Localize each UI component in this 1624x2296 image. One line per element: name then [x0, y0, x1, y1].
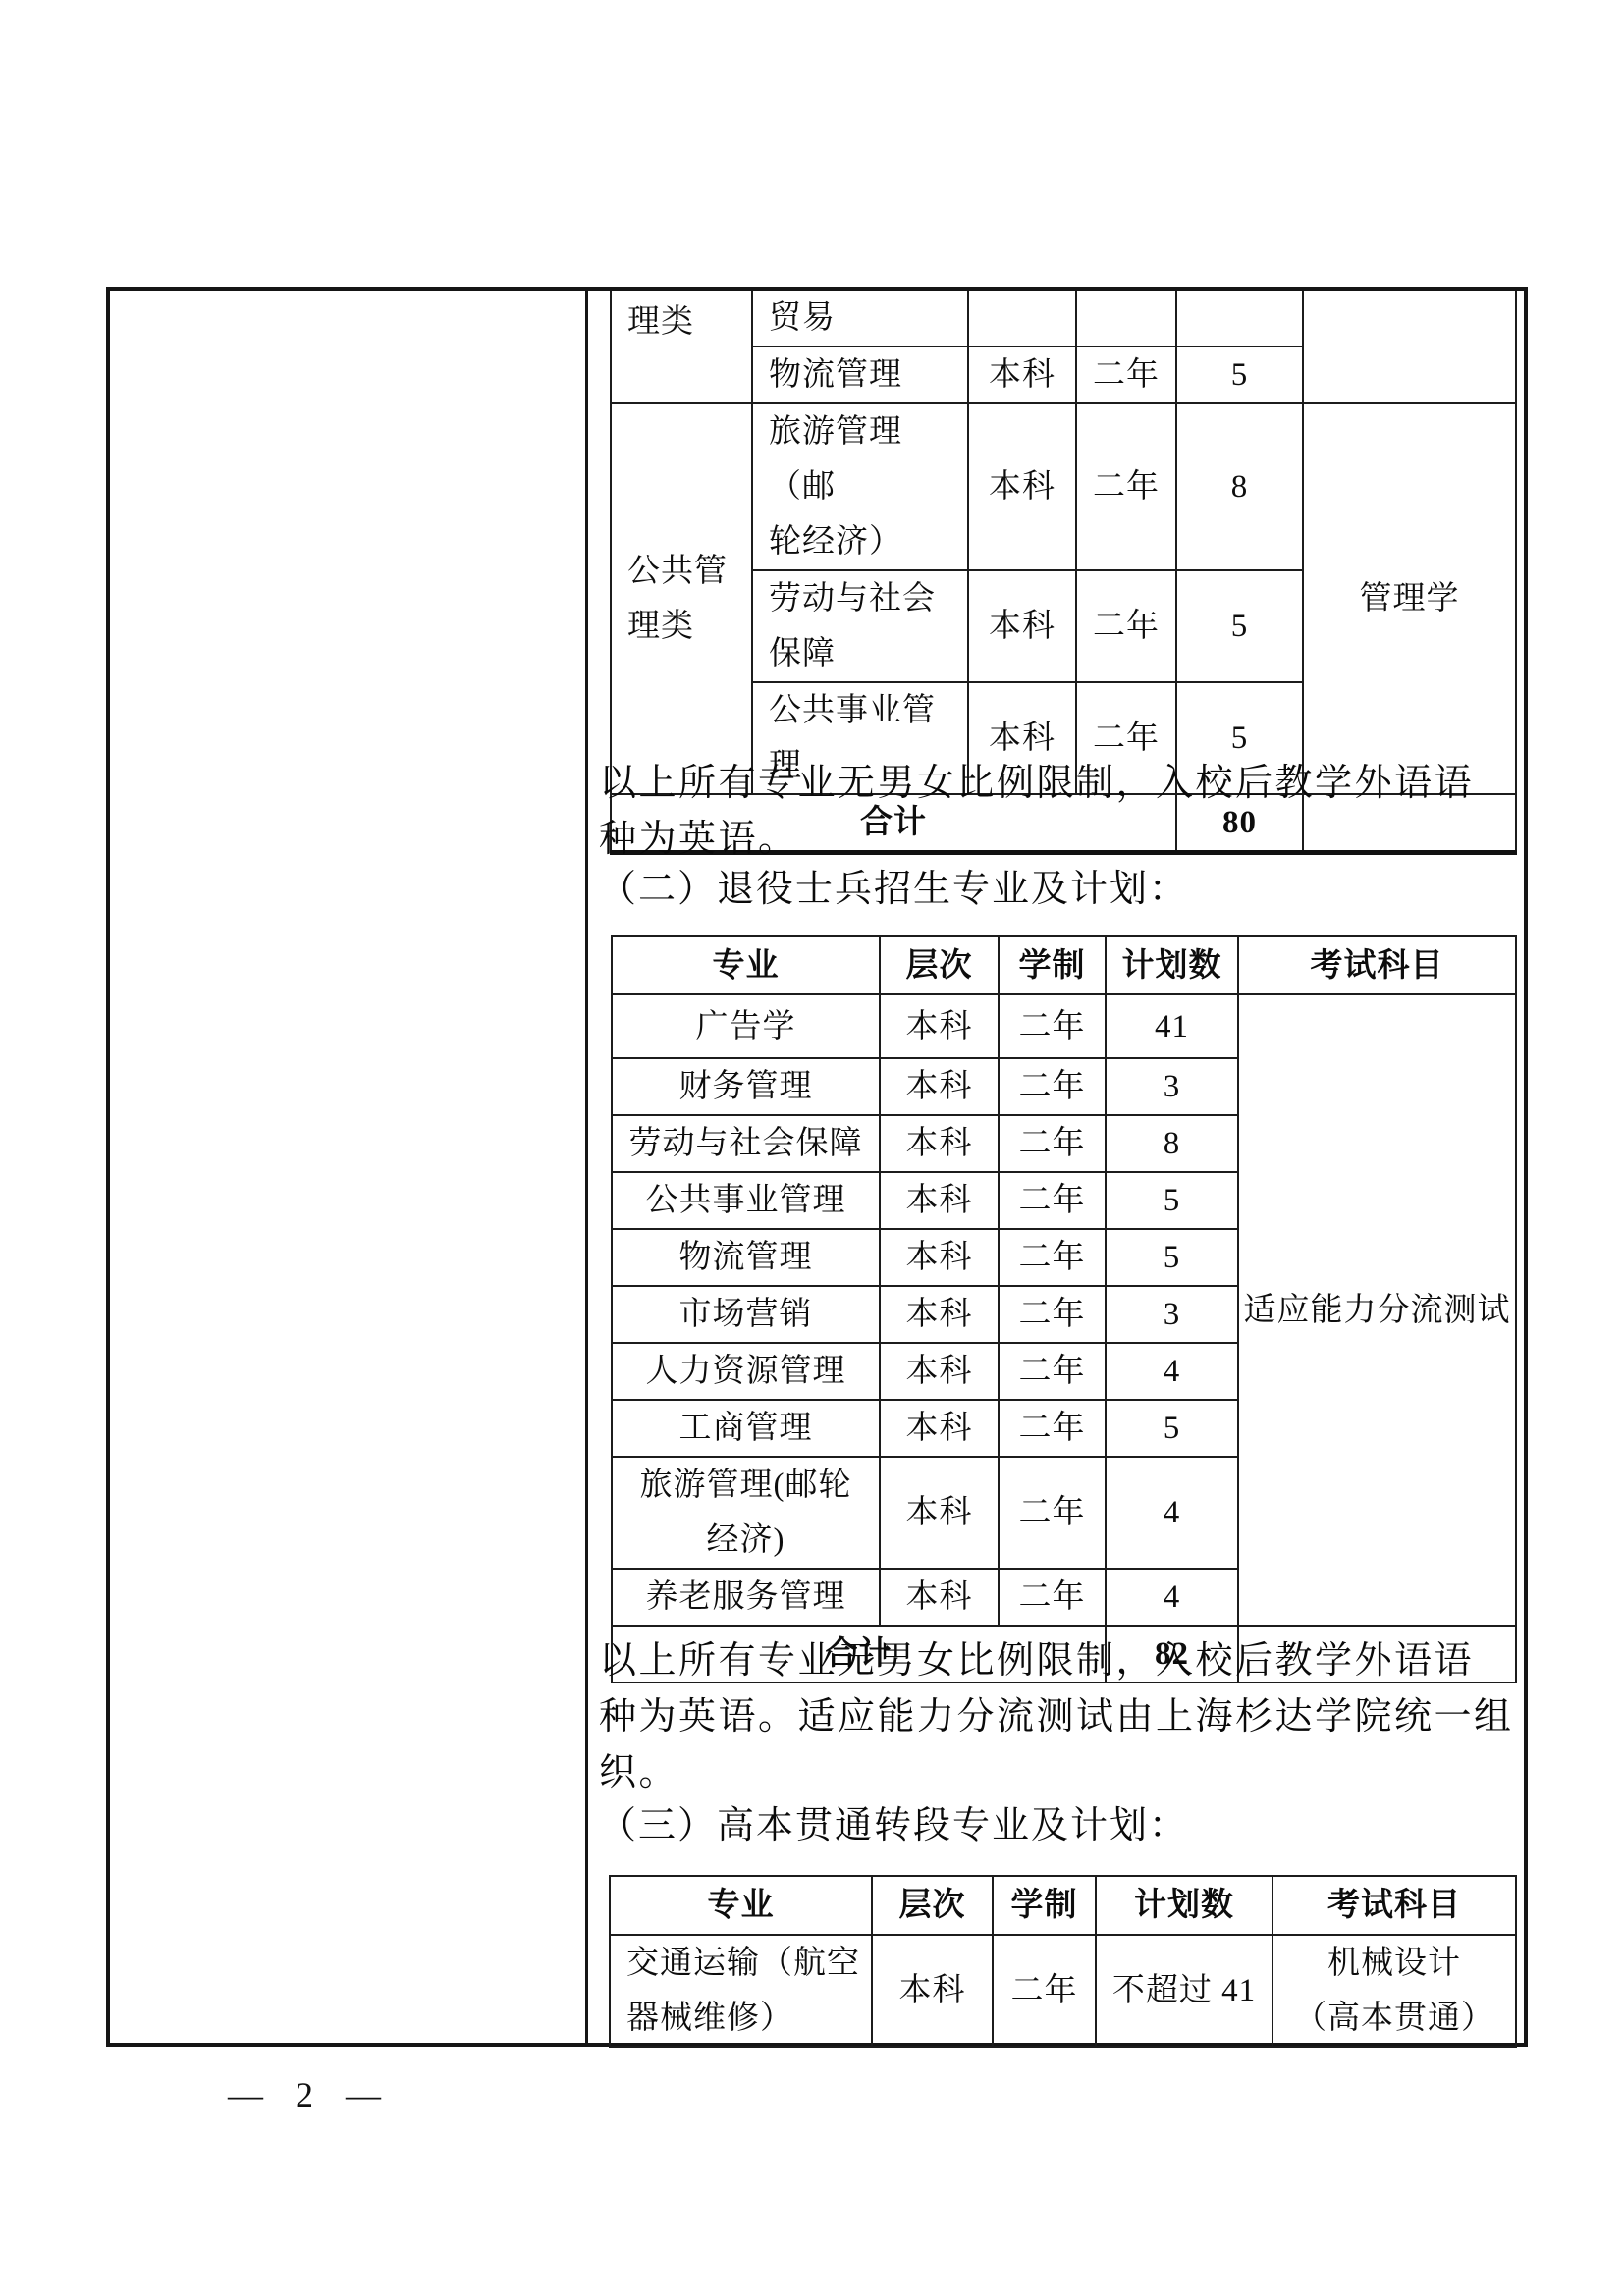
- cell-duration: 二年: [999, 1172, 1106, 1229]
- table-row: 交通运输（航空 器械维修） 本科 二年 不超过 41 机械设计 （高本贯通）: [610, 1935, 1516, 2047]
- header-exam-subject: 考试科目: [1238, 936, 1516, 994]
- cell-exam-subject: 机械设计 （高本贯通）: [1272, 1935, 1516, 2047]
- cell-plan-count: 5: [1106, 1172, 1238, 1229]
- header-level: 层次: [872, 1876, 993, 1935]
- cell-category-group: 理类: [611, 291, 752, 403]
- header-major: 专业: [612, 936, 880, 994]
- cell-duration: 二年: [999, 1400, 1106, 1457]
- cell-level: 本科: [880, 1058, 999, 1115]
- document-page: 理类 贸易 物流管理 本科 二年 5 公共管 理类 旅游管理（邮 轮经济） 本科…: [0, 0, 1624, 2296]
- table-row: 理类 贸易: [611, 291, 1516, 347]
- cell-duration: 二年: [999, 1343, 1106, 1400]
- cell-plan-count: 4: [1106, 1457, 1238, 1569]
- page-number: — 2 —: [167, 2073, 442, 2116]
- note-paragraph-2: 以上所有专业无男女比例限制，入校后教学外语语 种为英语。适应能力分流测试由上海杉…: [599, 1633, 1527, 1801]
- cell-major: 财务管理: [612, 1058, 880, 1115]
- cell-plan-count: 3: [1106, 1058, 1238, 1115]
- cell-plan-count: 5: [1176, 570, 1303, 682]
- cell-level: 本科: [968, 403, 1076, 570]
- outer-frame-column-divider: [585, 287, 588, 2047]
- cell-major: 人力资源管理: [612, 1343, 880, 1400]
- cell-level: 本科: [968, 347, 1076, 403]
- cell-level: 本科: [880, 1343, 999, 1400]
- cell-duration: 二年: [1076, 403, 1176, 570]
- header-duration: 学制: [999, 936, 1106, 994]
- cell-level: 本科: [880, 1400, 999, 1457]
- cell-duration: 二年: [993, 1935, 1096, 2047]
- cell-plan-count: 8: [1176, 403, 1303, 570]
- cell-duration: 二年: [999, 1229, 1106, 1286]
- cell-level: 本科: [880, 1172, 999, 1229]
- header-plan-count: 计划数: [1106, 936, 1238, 994]
- header-level: 层次: [880, 936, 999, 994]
- note-paragraph-1: 以上所有专业无男女比例限制，入校后教学外语语 种为英语。: [599, 756, 1527, 868]
- cell-duration: 二年: [999, 1569, 1106, 1626]
- cell-major: 养老服务管理: [612, 1569, 880, 1626]
- cell-exam-subject-merged: 适应能力分流测试: [1238, 994, 1516, 1626]
- cell-plan-count: 4: [1106, 1569, 1238, 1626]
- cell-plan-count: 5: [1106, 1400, 1238, 1457]
- cell-plan-count: 5: [1176, 347, 1303, 403]
- cell-level: 本科: [880, 1457, 999, 1569]
- cell-plan-count: 8: [1106, 1115, 1238, 1172]
- cell-plan-empty: [1176, 291, 1303, 347]
- cell-duration: 二年: [999, 1115, 1106, 1172]
- cell-exam-subject: 管理学: [1303, 403, 1516, 794]
- cell-major: 旅游管理（邮 轮经济）: [752, 403, 968, 570]
- cell-level: 本科: [880, 1569, 999, 1626]
- cell-major: 物流管理: [612, 1229, 880, 1286]
- cell-level: 本科: [880, 994, 999, 1058]
- header-duration: 学制: [993, 1876, 1096, 1935]
- cell-duration: 二年: [999, 994, 1106, 1058]
- cell-plan-count: 5: [1106, 1229, 1238, 1286]
- cell-duration: 二年: [1076, 347, 1176, 403]
- through-training-transfer-table: 专业 层次 学制 计划数 考试科目 交通运输（航空 器械维修） 本科 二年 不超…: [609, 1875, 1517, 2048]
- cell-plan-count: 3: [1106, 1286, 1238, 1343]
- cell-duration: 二年: [999, 1286, 1106, 1343]
- cell-plan-count: 4: [1106, 1343, 1238, 1400]
- table-row: 广告学 本科 二年 41 适应能力分流测试: [612, 994, 1516, 1058]
- header-major: 专业: [610, 1876, 872, 1935]
- cell-duration: 二年: [999, 1058, 1106, 1115]
- cell-major: 劳动与社会保障: [612, 1115, 880, 1172]
- section-heading-3: （三）高本贯通转段专业及计划：: [599, 1798, 1188, 1854]
- cell-exam-empty: [1303, 291, 1516, 403]
- cell-duration: 二年: [999, 1457, 1106, 1569]
- header-plan-count: 计划数: [1096, 1876, 1272, 1935]
- cell-level: 本科: [880, 1229, 999, 1286]
- header-exam-subject: 考试科目: [1272, 1876, 1516, 1935]
- cell-major: 广告学: [612, 994, 880, 1058]
- cell-level-empty: [968, 291, 1076, 347]
- cell-level: 本科: [872, 1935, 993, 2047]
- cell-level: 本科: [880, 1286, 999, 1343]
- cell-major: 工商管理: [612, 1400, 880, 1457]
- cell-major: 市场营销: [612, 1286, 880, 1343]
- cell-duration: 二年: [1076, 570, 1176, 682]
- cell-major: 贸易: [752, 291, 968, 347]
- table-header-row: 专业 层次 学制 计划数 考试科目: [610, 1876, 1516, 1935]
- veterans-admissions-table: 专业 层次 学制 计划数 考试科目 广告学 本科 二年 41 适应能力分流测试 …: [611, 935, 1517, 1683]
- cell-major: 旅游管理(邮轮 经济): [612, 1457, 880, 1569]
- cell-level: 本科: [880, 1115, 999, 1172]
- section-heading-2: （二）退役士兵招生专业及计划：: [599, 862, 1188, 918]
- cell-major: 劳动与社会 保障: [752, 570, 968, 682]
- cell-level: 本科: [968, 570, 1076, 682]
- table-row: 公共管 理类 旅游管理（邮 轮经济） 本科 二年 8 管理学: [611, 403, 1516, 570]
- cell-major: 交通运输（航空 器械维修）: [610, 1935, 872, 2047]
- cell-category-group: 公共管 理类: [611, 403, 752, 794]
- table-header-row: 专业 层次 学制 计划数 考试科目: [612, 936, 1516, 994]
- cell-major: 公共事业管理: [612, 1172, 880, 1229]
- cell-duration-empty: [1076, 291, 1176, 347]
- cell-major: 物流管理: [752, 347, 968, 403]
- cell-plan-count: 41: [1106, 994, 1238, 1058]
- cell-plan-count: 不超过 41: [1096, 1935, 1272, 2047]
